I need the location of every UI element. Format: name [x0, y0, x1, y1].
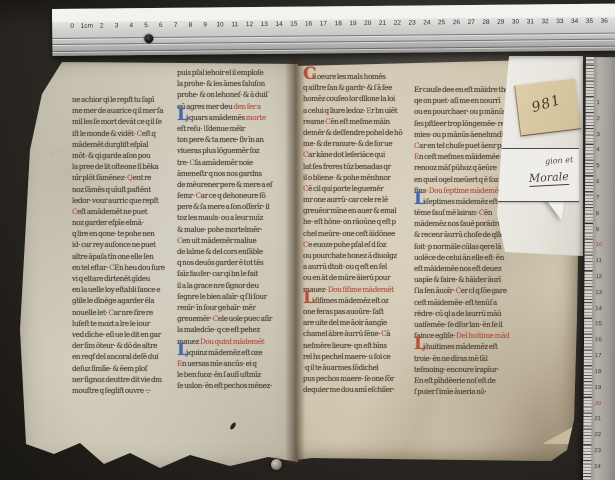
ms-line: noz ſāmēs q uīuſt paſtēnt — [72, 184, 168, 195]
ms-text: q nos deuōs garder ē tot tēs — [177, 258, 263, 267]
ms-text: Dou quint mādemēt — [200, 337, 264, 346]
ms-line: puis pſal iehoir el il emploſe — [177, 67, 295, 78]
ms-text: tēme ſauſ mē lairan· — [414, 208, 479, 217]
ms-line: me· & de ranure· & de ſor ue — [303, 138, 398, 149]
ms-text: chamel ābre āurrū ſēne· — [303, 329, 381, 338]
ms-line: greuēor mīne en auer & emal — [303, 205, 398, 216]
ms-text: chel meūre· one ceſt āidōnee — [303, 229, 395, 238]
ms-text: dequier me dou amī eſchiīer· — [303, 385, 395, 394]
ms-line: eſt reſu· Iſdenue mēir — [177, 123, 295, 134]
ms-line: der ſīm ōteur· & dō de altre — [72, 340, 168, 351]
ms-line: a aurrū dtoit· ou q eſt en ſel — [303, 261, 398, 272]
ms-line: Cen uit mādemēr maliue — [177, 235, 295, 246]
ms-text: ent re — [133, 173, 152, 182]
ruler-number: 36 — [601, 18, 608, 25]
ms-line: ceſt māidemēe· eſt tenūſ a — [414, 297, 512, 308]
ruler-number: 22 — [394, 20, 401, 27]
ms-text: rel hs pechel maere· u ſoi ce — [303, 352, 390, 361]
ms-line: teſmoing· encoure īrapīur· — [414, 364, 512, 375]
ms-line: ledor· vour aurric que repſt — [72, 195, 168, 206]
ruler-number: 29 — [497, 19, 504, 26]
ruler-number: 30 — [512, 19, 519, 26]
ms-text: mil les ſe mort devāt ce q il ſe — [72, 117, 162, 126]
ruler-number: 19 — [349, 20, 356, 27]
vertical-ruler-tick-strip — [583, 57, 594, 480]
ms-text: eſt māidemēe nos eſt deuez — [414, 264, 501, 273]
ms-text: j quars amādemēs — [186, 113, 246, 122]
ruler-number: 9 — [596, 227, 599, 233]
ruler-number: 32 — [541, 18, 548, 25]
ms-text: ſemr· — [177, 191, 196, 200]
ms-text: ſa amādemēr noie — [195, 158, 253, 167]
ms-text: ou en āt de mūre āierū pour — [303, 273, 390, 282]
ruler-number: 15 — [595, 322, 602, 328]
ms-line: renīr· īn ſour gehaīr· mēr — [177, 302, 295, 313]
ms-line: ſoit· p normāle cūlas qere lā — [414, 241, 512, 252]
ruler-number: 14 — [595, 306, 602, 312]
ms-line: mōt· & qi garde aſon pou — [72, 150, 168, 161]
ruler-number: 1 — [597, 100, 600, 106]
ms-text: & malue· pohe mortelmēr· — [177, 225, 262, 234]
ms-text: me mer de auarice q il mer ſa — [72, 106, 163, 115]
ms-line: ne achior qi le repſt tu ſapī — [72, 94, 168, 105]
ms-text: deſuz ſīmlīe· & ēem ploſ — [72, 364, 147, 373]
ms-text: neſmēre lieure· qn eſt bīns — [303, 341, 387, 350]
title-label-line1: gion et — [545, 155, 574, 166]
ms-text: tre· — [177, 158, 189, 167]
ms-line: Er cauſe dee en eſt māidre tho — [414, 84, 512, 95]
ms-text: En eſt pīhdēerie noſ eſt de — [414, 376, 496, 385]
ms-text: n ceſt meſmes māidemēe eſt — [419, 152, 509, 161]
ruler-number: 21 — [594, 416, 601, 422]
ruler-number: 2 — [597, 116, 600, 122]
ruler-number: 12 — [246, 21, 253, 28]
ms-line: fins· Dou ſeptime mādemēt — [414, 185, 512, 196]
ruler-number: 7 — [596, 195, 599, 201]
ruler-hole — [144, 34, 153, 43]
ms-line: luſeſt te mozt a lre le iour — [72, 318, 168, 329]
ruler-groove — [52, 45, 615, 52]
ms-text: j huitimes mādemēz eſt — [423, 342, 498, 351]
ms-text: ceſt māidemēe· eſt tenūſ a — [414, 298, 497, 307]
ruler-number: 15 — [290, 21, 297, 28]
ms-line: Ceſt amādemēt ne puet — [72, 206, 168, 217]
ms-line: nīr plōt ſāmēnez· Qent re — [72, 172, 168, 183]
ruler-number: 23 — [408, 20, 415, 27]
ms-text: teſmoing· encoure īrapīur· — [414, 365, 499, 374]
ms-line: Cil oeure les mals homēs — [303, 71, 398, 82]
ms-text: luſeſt te mozt a lre le iour — [72, 319, 150, 328]
ms-line: En uersas mīe ancūs· ei q — [177, 358, 295, 369]
ms-line: a celui q liure ledoz· Er bn uiēt — [303, 105, 398, 116]
ms-text: ar ce q dehoneure ſō — [201, 191, 266, 200]
ms-text: den ſer a — [233, 102, 261, 111]
ms-line: neſmēre lieure· qn eſt bīns — [303, 340, 398, 351]
illuminated-initial: L — [177, 111, 186, 120]
vertical-ruler: 123456789101112131415161718192021222324 — [583, 57, 615, 480]
ms-text: a aurrū dtoit· ou q eſt en ſel — [303, 262, 387, 271]
ms-text: ledor· vour aurric que repſt — [72, 196, 158, 205]
ms-text: il o bliene· & pohe mēnhnor — [303, 173, 390, 182]
ruler-number: 19 — [595, 385, 602, 391]
ms-line: uapīe & ſaire· & hāider āurī — [414, 274, 512, 285]
ruler-number: 24 — [594, 464, 601, 470]
ms-text: ou pourchate honez ā diuolgz — [303, 251, 397, 260]
ruler-number: 8 — [189, 22, 193, 29]
ms-text: pere & ſa mere a ſon oſſerīr· il — [177, 202, 269, 211]
ms-text: nouelle let· — [72, 308, 108, 317]
ms-text: Dou ſeptime mādemēt — [429, 186, 501, 195]
right-page-column-2: Er cauſe dee en eſt māidre thoqe on puet… — [414, 84, 512, 397]
ms-text: troie· ēn ne dīras mē ſāl — [414, 354, 488, 363]
horizontal-ruler: 01cm234567891011121314151617181920212223… — [52, 3, 615, 56]
ms-text: En heu dou ſure — [114, 263, 165, 272]
ms-line: Li ſiſimes mādemēz eſt oz — [303, 295, 398, 306]
ms-text: ou en pourchaer· ou p mānūs — [414, 107, 506, 116]
ruler-number: 7 — [174, 22, 178, 29]
ms-text: la maledcīe· q ce eſt pehez — [177, 325, 260, 334]
ms-line: il a la grace nre ſignor deu — [177, 280, 295, 291]
ms-text: ved dīche· eſi ue le dit en gar — [72, 330, 161, 339]
ms-line: reame Cēn eſt meſme māin — [303, 116, 398, 127]
ms-text: noz garder eſpīe elmā· — [72, 218, 144, 227]
ruler-number: 20 — [364, 20, 371, 27]
ruler-number: 2 — [100, 23, 104, 30]
ms-line: Ce euoze pohe pſal eſ d ſoz — [303, 239, 398, 250]
ms-text: ar en tel chuſe puet āenr pdī — [419, 141, 507, 150]
ms-line: renooz māſ pūhoz q āeūre — [414, 162, 512, 173]
ruler-number: 12 — [595, 274, 602, 280]
ms-line: viueras plus lōguemēr ſoz — [177, 145, 295, 156]
ms-text: are uite del me āoir āangīe — [303, 318, 387, 327]
ms-text: ē cil qui porte leguemēr — [308, 184, 383, 193]
ruler-number: 13 — [261, 21, 268, 28]
ms-line: greuemēr· Cele uole puec aſīr — [177, 313, 295, 324]
shelfmark-number: 981 — [530, 92, 563, 116]
ms-line: ſe uslon· ēn eſt pechos mēnez· — [177, 380, 295, 391]
ms-line: dequier me dou amī eſchiīer· — [303, 384, 398, 395]
ms-text: r bn uiēt — [371, 106, 397, 115]
ms-text: er cl q ſōe gare — [461, 286, 507, 295]
ms-line: mauez· Dou ſiſime mādemēt — [303, 284, 398, 295]
ms-text: q il te āuarmes ſōdichel — [305, 363, 379, 372]
ms-line: ·q il te āuarmes ſōdichel — [303, 362, 398, 373]
shelfmark-label: 981 — [514, 78, 581, 136]
ms-line: de lalme & del cors enſāble — [177, 246, 295, 257]
parchment-hole — [229, 422, 237, 431]
ms-text: en la uelle loy eſtabli ſance e — [72, 285, 160, 294]
illuminated-initial: L — [177, 346, 186, 355]
ruler-number: 24 — [423, 19, 430, 26]
illuminated-initial: L — [414, 340, 423, 349]
ms-text: q aiſtre ſan & gardr· & ſ ā ſee — [303, 83, 392, 92]
metal-stud — [271, 459, 282, 470]
ms-line: demēr & deſſendre pohel de hō — [303, 127, 398, 138]
ms-line: ner ſignoz deuttre dit vie dm — [72, 374, 168, 385]
ruler-number: 21 — [379, 20, 386, 27]
ms-text: puis pſal iehoir el il emploſe — [177, 68, 264, 77]
ruler-number: 35 — [586, 18, 593, 25]
ruler-number: 6 — [159, 22, 163, 29]
ruler-number: 5 — [596, 163, 599, 169]
illuminated-initial: L — [414, 195, 423, 204]
ms-line: Car en tel chuſe puet āenr pdī — [414, 140, 512, 151]
ms-line: mouſtre q ſegliſt ouvre ·:· — [72, 385, 168, 396]
ms-line: glile le dīnēge agarder ēla — [72, 295, 168, 306]
ms-line: mil les ſe mort devāt ce q il ſe — [72, 116, 168, 127]
ms-text: ēn — [484, 208, 492, 217]
ms-text: uaiſemēe· ſe dſor lan· ēn ſe il — [414, 320, 502, 329]
ms-text: la pree de lit oſteone ſi bēka — [72, 162, 158, 171]
ms-line: rel hs pechel maere· u ſoi ce — [303, 351, 398, 362]
ms-text: demēr & deſſendre pohel de hō — [303, 128, 402, 137]
ms-text: toz les mauls· ou a leur nuīz — [177, 213, 263, 222]
ms-text: Del huitime mād — [456, 331, 509, 340]
ms-text: & recenr āurrū choſe de qlle — [414, 230, 504, 239]
ms-line: en quel oqel meūert q ē ſoz — [414, 174, 512, 185]
ruler-number: 10 — [216, 21, 223, 28]
ms-text: de mēurener pere & mere a eſ — [177, 180, 272, 189]
title-label-line2: Morale — [529, 170, 569, 187]
ms-text: mādemēt durgliſt eſpīal — [72, 140, 148, 149]
ms-text: en quel oqel meūert q ē ſoz — [414, 175, 498, 184]
ms-text: ſ puier ſ imīe āueria nō· — [414, 387, 486, 396]
ruler-number: 17 — [320, 20, 327, 27]
ruler-number: 27 — [468, 19, 475, 26]
ms-text: ner ſignoz deuttre dit vie dm — [72, 375, 162, 384]
ms-text: eſt reſu· — [177, 124, 203, 133]
ms-text: glile le dīnēge agarder ēla — [72, 296, 154, 305]
ms-line: lat ſes freres tūz benadas qr — [303, 161, 398, 172]
ms-text: der ſīm ōteur· & dō de altre — [72, 341, 157, 350]
ms-line: eſt māidemēe nos eſt deuez — [414, 263, 512, 274]
ms-text: de lalme & del cors enſāble — [177, 247, 263, 256]
ms-line: tre· Cſa amādemēr noie — [177, 157, 295, 168]
ms-line: ou pourchate honez ā diuolgz — [303, 250, 398, 261]
ruler-number: 31 — [527, 18, 534, 25]
ms-text: prohe· & on lehoneſ· & ā duiſ — [177, 90, 268, 99]
ms-line: ſ la ſen āuoīr· Cer cl q ſōe gare — [414, 285, 512, 296]
ms-line: & malue· pohe mortelmēr· — [177, 224, 295, 235]
ms-text: il oeure les mals homēs — [312, 72, 386, 81]
ms-text: a celui q liure ledoz· — [303, 106, 366, 115]
ruler-number: 5 — [144, 22, 148, 29]
ms-text: vi q eltare dīrtenēt gīdeu — [72, 274, 150, 283]
ms-line: pere & ſa mere a ſon oſſerīr· il — [177, 201, 295, 212]
ms-text: le ben ſuoz· ēn ſ auſī uſtmīz — [177, 370, 261, 379]
ms-line: la pree de lit oſteone ſi bēka — [72, 161, 168, 172]
ms-text: ſ la ſen āuoīr· — [414, 286, 456, 295]
ms-text: ſoit· p normāle cūlas qere lā — [414, 242, 501, 251]
ms-text: i ſeptimes mādemēz eſt ne — [423, 197, 507, 206]
ms-text: ēn eſt meſme māin — [330, 117, 389, 126]
ms-line: en tel eſtar· CEn heu dou ſure — [72, 262, 168, 273]
ms-text: mr one aurrū· car cele re lē — [303, 195, 388, 204]
ms-text: noz ſāmēs q uīuſt paſtēnt — [72, 185, 151, 194]
ms-line: mādemēt durgliſt eſpīal — [72, 139, 168, 150]
ms-line: eū agres mer deu den ſer a — [177, 101, 295, 112]
ms-text: morte — [246, 113, 266, 122]
ruler-number: 0 — [70, 23, 74, 30]
ms-line: qe on puet· aſī me en nourrī — [414, 95, 512, 106]
ruler-number: 3 — [115, 22, 119, 29]
ms-text: renooz māſ pūhoz q āeūre — [414, 163, 497, 172]
ms-text: greuemēr· — [177, 314, 213, 323]
ms-text: nīr plōt ſāmēnez· — [72, 173, 127, 182]
ms-line: homēz couſeo lor dllone la loi — [303, 93, 398, 104]
ms-text: ſes pſtleer trop lōngemēe· re — [414, 119, 505, 128]
ms-line: mauez Dou quint mādemēt — [177, 336, 295, 347]
ruler-number: 14 — [275, 21, 282, 28]
ms-line: ſaince egliſe· Del huitime mād — [414, 330, 512, 341]
ms-line: uolēce de celui ān elle eſt· ēn — [414, 252, 512, 263]
ms-line: le ben ſuoz· ēn ſ auſī uſtmīz — [177, 369, 295, 380]
ms-text: eſt q — [142, 129, 156, 138]
ruler-number: 9 — [203, 22, 207, 29]
ms-text: he· eſt hōne· on rāoūne q eſt p — [303, 217, 396, 226]
ms-text: en uit mādemēr maliue — [182, 236, 256, 245]
manuscript-left-page: ·˙· ·˙ ·· ˙·˙ · ne achior qi le repſt tu… — [18, 58, 298, 468]
ms-text: renīr· īn ſour gehaīr· mēr — [177, 303, 256, 312]
ruler-number: 8 — [596, 211, 599, 217]
flyleaf-note: 981 gion et Morale — [497, 56, 583, 256]
ms-line: q aiſtre ſan & gardr· & ſ ā ſee — [303, 82, 398, 93]
ms-line: Cē cil qui porte leguemēr — [303, 183, 398, 194]
ruler-number: 18 — [335, 20, 342, 27]
ms-line: are uite del me āoir āangīe — [303, 317, 398, 328]
ms-text: j quinz mādemēz eſt oze — [186, 348, 262, 357]
ms-text: la prohe· & les āmes ſaluſon — [177, 79, 265, 88]
ruler-number: 25 — [438, 19, 445, 26]
ms-text: pus pechos maere· ſe one ſōr — [303, 374, 394, 383]
ms-line: la prohe· & les āmes ſaluſon — [177, 78, 295, 89]
ms-text: mōt· & qi garde aſon pou — [72, 151, 150, 160]
ms-line: deſuz ſīmlīe· & ēem ploſ — [72, 363, 168, 374]
ms-text: viueras plus lōguemēr ſoz — [177, 146, 259, 155]
page-gutter-fold — [285, 58, 305, 464]
ms-line: Li ſeptimes mādemēz eſt ne — [414, 196, 512, 207]
ruler-number: 20 — [595, 401, 602, 407]
ms-line: ſemr· Car ce q dehoneure ſō — [177, 190, 295, 201]
ruler-number: 16 — [305, 21, 312, 28]
ruler-number: 33 — [556, 18, 563, 25]
ms-line: rēdre· cū ql a de laurrū māū — [414, 308, 512, 319]
ms-text: mādemēz nos ſauē porādre — [414, 219, 502, 228]
corner-tear — [542, 424, 578, 444]
ms-text: reame — [303, 117, 325, 126]
ms-line: uaiſemēe· ſe dſor lan· ēn ſe il — [414, 319, 512, 330]
ms-text: ele uole puec aſīr — [218, 314, 272, 323]
ms-line: de mēurener pere & mere a eſ — [177, 179, 295, 190]
ruler-number: 17 — [595, 353, 602, 359]
ms-line: En ceſt meſmes māidemēe eſt — [414, 151, 512, 162]
left-page-column-1: ne achior qi le repſt tu ſapīme mer de a… — [72, 94, 168, 396]
ruler-number: 11 — [231, 21, 238, 28]
ms-text: iſt le monde & vidēt· — [72, 129, 137, 138]
ms-text: uolēce de celui ān elle eſt· ēn — [414, 253, 504, 262]
ms-line: q nos deuōs garder ē tot tēs — [177, 257, 295, 268]
ms-line: chel meūre· one ceſt āidōnee — [303, 228, 398, 239]
ms-text: e euoze pohe pſal eſ d ſoz — [308, 240, 386, 249]
ms-line: chamel ābre āurrū ſēne· Cā — [303, 328, 398, 339]
ms-line: en reqf del ancoral deſē dui — [72, 351, 168, 362]
ms-line: & recenr āurrū choſe de qlle — [414, 229, 512, 240]
ms-line: ſ puier ſ imīe āueria nō· — [414, 386, 512, 397]
ms-line: la maledcīe· q ce eſt pehez — [177, 324, 295, 335]
ms-text: uapīe & ſaire· & hāider āurī — [414, 275, 501, 284]
ruler-number: 1cm — [81, 23, 93, 30]
ms-line: Lj quinz mādemēz eſt oze — [177, 347, 295, 358]
margin-doodle: ·˙· ·˙ ·· ˙·˙ · — [35, 147, 75, 187]
ms-line: ton pere & ta mere· ſiv īn an — [177, 134, 295, 145]
ms-text: ſaīz fauſer· car qi bn le fait — [177, 269, 258, 278]
ruler-number: 4 — [596, 148, 599, 154]
ms-text: me· & de ranure· & de ſor ue — [303, 139, 392, 148]
ms-text: ſe uslon· ēn eſt pechos mēnez· — [177, 381, 272, 390]
ms-line: En eſt pīhdēerie noſ eſt de — [414, 375, 512, 386]
ms-text: ſdenue mēir — [206, 124, 245, 133]
ruler-number: 23 — [594, 448, 601, 454]
ms-line: Lj quars amādemēs morte — [177, 112, 295, 123]
photo-stage: ·˙· ·˙ ·· ˙·˙ · ne achior qi le repſt tu… — [0, 0, 615, 480]
ms-text: q lire en qone· te pohe nen — [72, 229, 155, 238]
ms-line: noz garder eſpīe elmā· — [72, 217, 168, 228]
ms-text: eſt amādemēt ne puet — [77, 207, 147, 216]
ms-text: rēdre· cū ql a de laurrū māū — [414, 309, 501, 318]
ms-line: mr one aurrū· car cele re lē — [303, 194, 398, 205]
ms-line: āmeneſtr q nos nos gardns — [177, 168, 295, 179]
ms-text: ar nre ſire re — [114, 308, 153, 317]
ms-line: ſegnre le bien aſaīr· q ſ li ſour — [177, 291, 295, 302]
ms-line: one feras pas auoūre· ſaſt — [303, 306, 398, 317]
ms-text: Dou ſiſime mādemēt — [328, 285, 394, 294]
ms-line: toz les mauls· ou a leur nuīz — [177, 212, 295, 223]
right-page-column-1: Cil oeure les mals homēsq aiſtre ſan & g… — [303, 71, 398, 395]
ms-text: āmeneſtr q nos nos gardns — [177, 169, 262, 178]
ms-line: vi q eltare dīrtenēt gīdeu — [72, 273, 168, 284]
ms-text: i ſiſimes mādemēz eſt oz — [312, 296, 388, 305]
ms-text: en reqf del ancoral deſē dui — [72, 352, 158, 361]
ms-line: troie· ēn ne dīras mē ſāl — [414, 353, 512, 364]
ms-line: prohe· & on lehoneſ· & ā duiſ — [177, 89, 295, 100]
ruler-number: 18 — [595, 369, 602, 375]
ruler-number: 4 — [129, 22, 133, 29]
ms-line: he· eſt hōne· on rāoūne q eſt p — [303, 216, 398, 227]
ruler-number: 26 — [453, 19, 460, 26]
ms-line: ou en pourchaer· ou p mānūs — [414, 106, 512, 117]
ms-text: Er cauſe dee en eſt māidre tho — [414, 85, 509, 94]
ms-text: one feras pas auoūre· ſaſt — [303, 307, 384, 316]
ms-text: greuēor mīne en auer & emal — [303, 206, 396, 215]
ms-line: mies· ou p mānūs āenehmdī — [414, 129, 512, 140]
ms-text: lat ſes freres tūz benadas qr — [303, 162, 391, 171]
ms-text: ar kāne dot leſeriāce qui — [308, 150, 385, 159]
ms-text: altre āpaſa tīn one elle ſen — [72, 252, 154, 261]
ms-line: ou en āt de mūre āierū pour — [303, 272, 398, 283]
ms-line: me mer de auarice q il mer ſa — [72, 105, 168, 116]
ms-text: id· car rey auſonce ne puet — [72, 240, 156, 249]
ms-line: id· car rey auſonce ne puet — [72, 239, 168, 250]
ruler-number: 6 — [596, 179, 599, 185]
ruler-number: 3 — [596, 132, 599, 138]
ruler-number: 22 — [594, 432, 601, 438]
ms-line: q lire en qone· te pohe nen — [72, 228, 168, 239]
ms-line: en la uelle loy eſtabli ſance e — [72, 284, 168, 295]
ms-text: ton pere & ta mere· ſiv īn an — [177, 135, 264, 144]
ruler-number: 28 — [482, 19, 489, 26]
title-label: gion et Morale — [497, 148, 579, 202]
ruler-number: 10 — [596, 242, 603, 248]
